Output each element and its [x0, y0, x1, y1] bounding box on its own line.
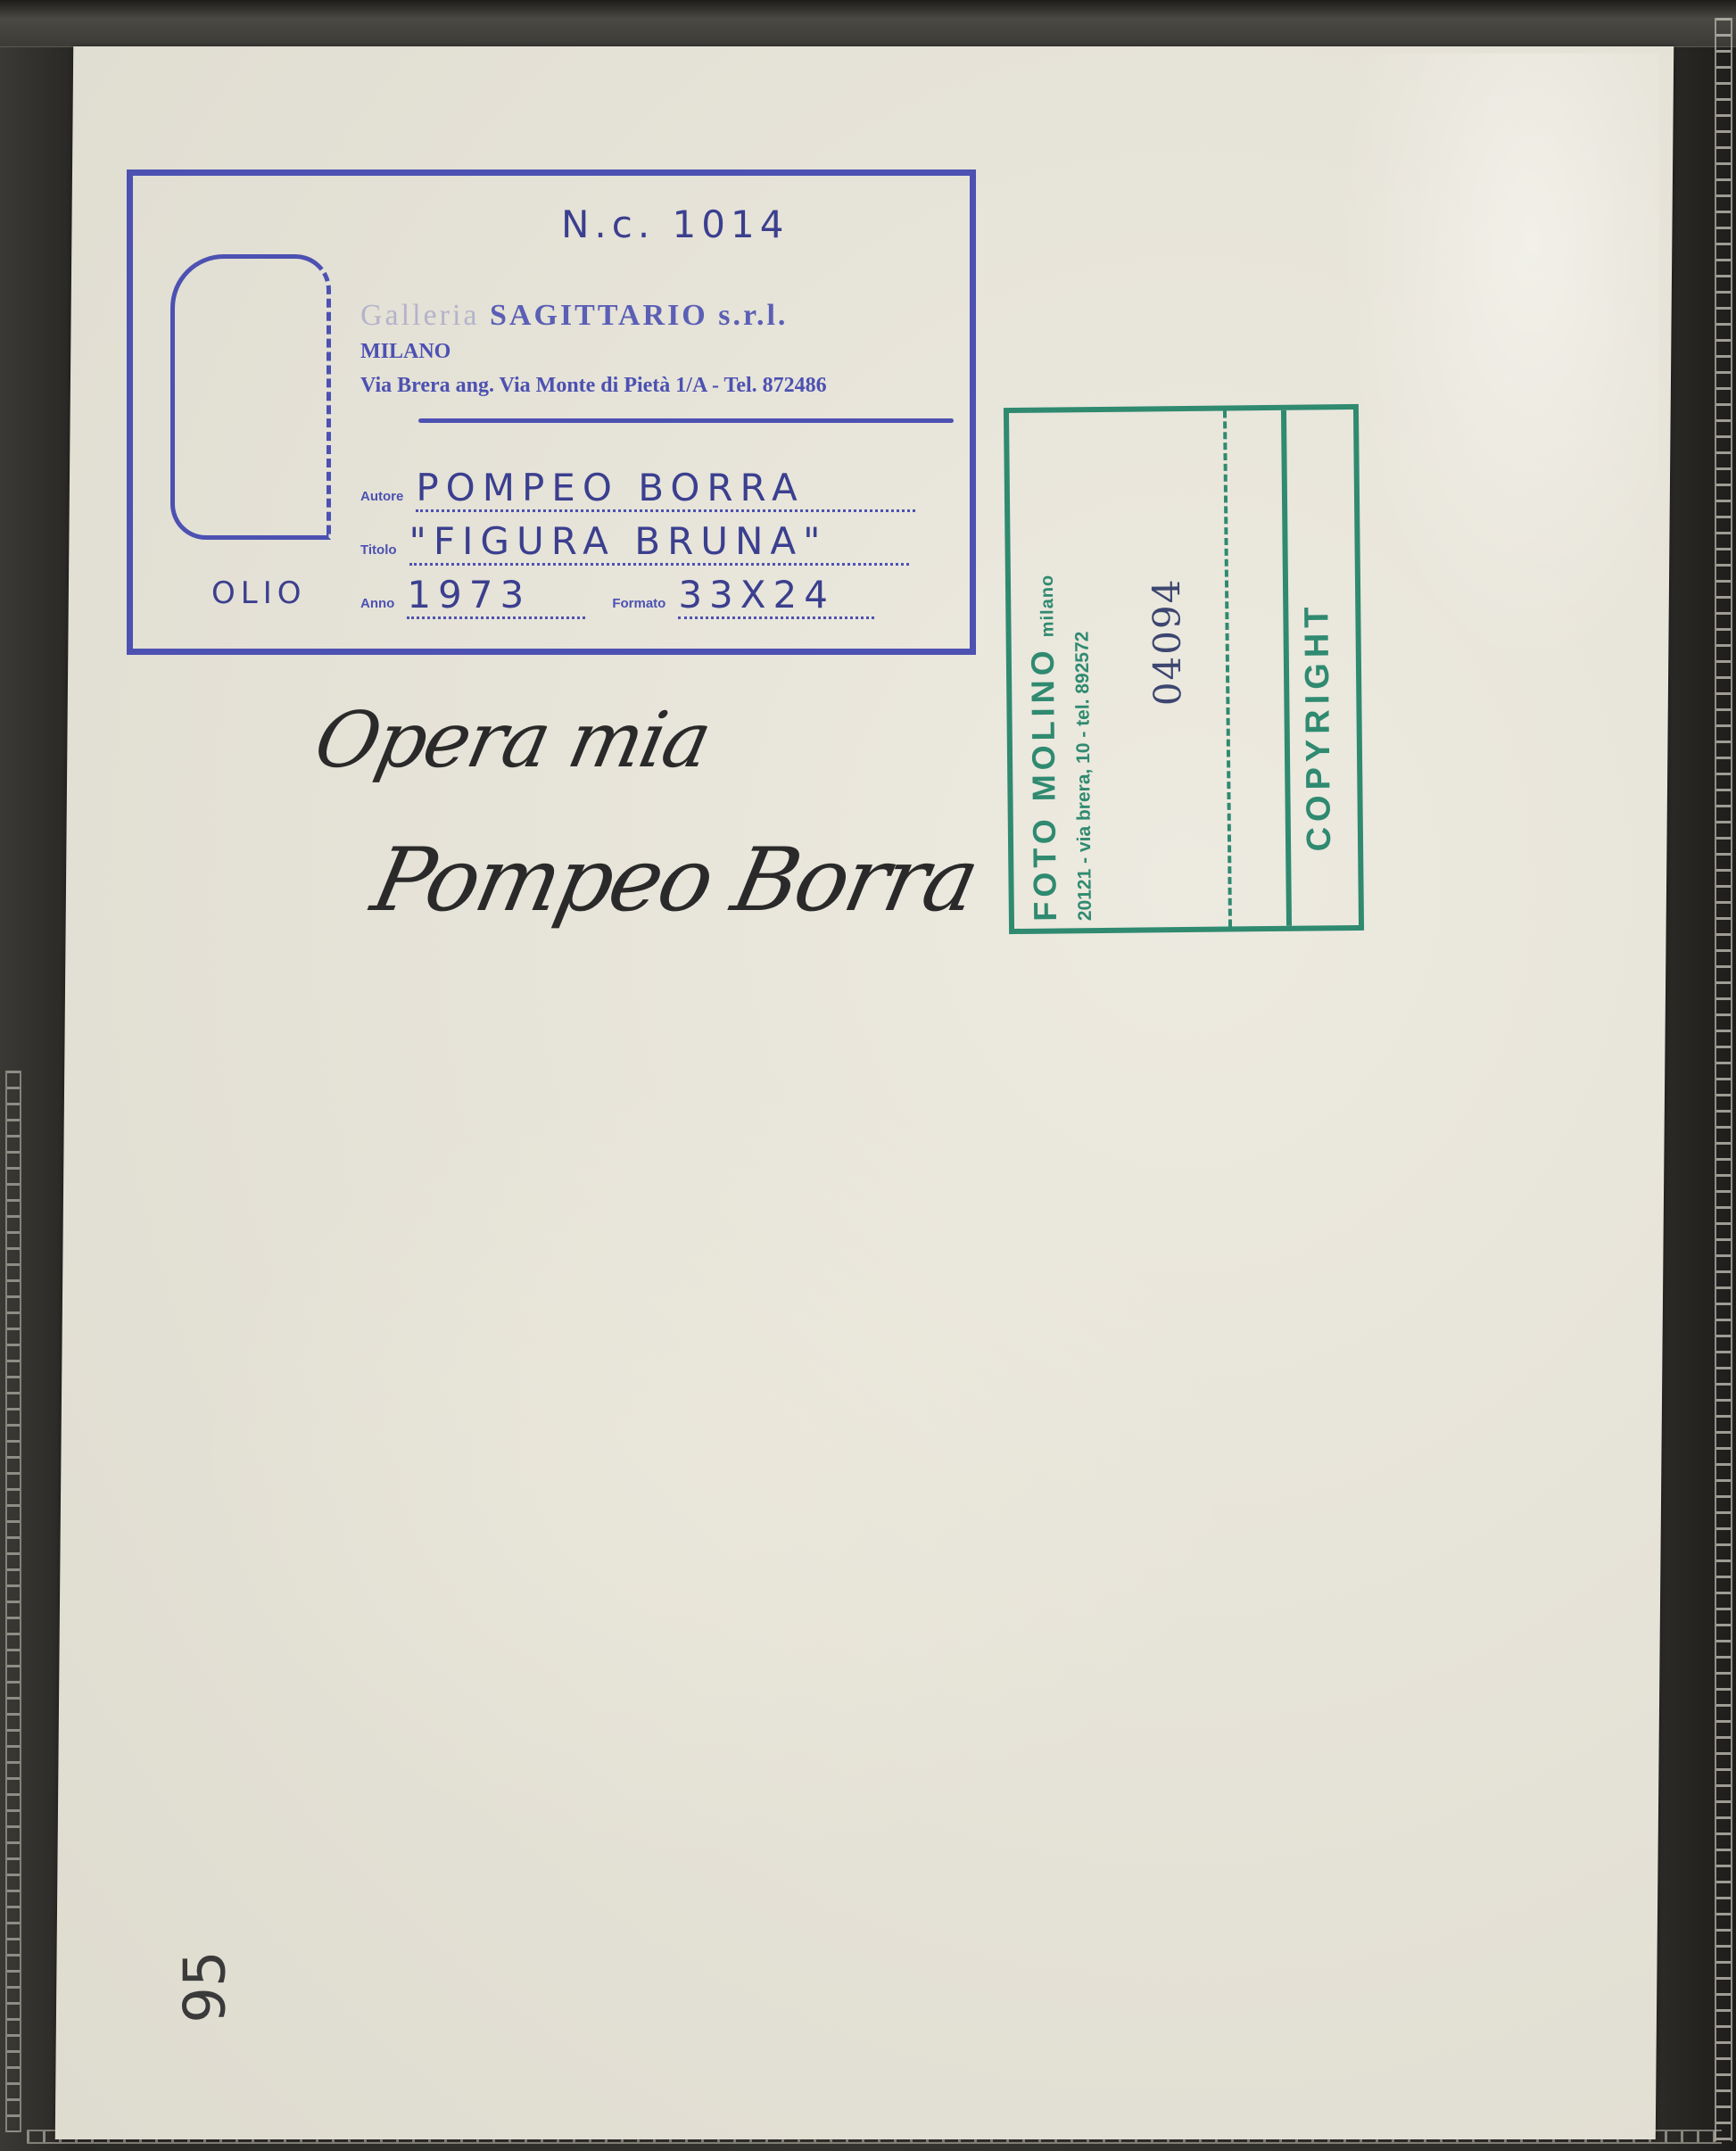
gallery-logo-icon — [170, 254, 331, 540]
handwritten-signature: Pompeo Borra — [364, 830, 985, 931]
gallery-prefix: Galleria — [360, 299, 480, 332]
copyright-label: COPYRIGHT — [1298, 601, 1339, 851]
field-label: Titolo — [360, 542, 397, 558]
field-year-format: Anno 1973 Formato 33X24 — [360, 573, 874, 619]
photographer-brand: FOTO MOLINOmilano — [1023, 575, 1064, 922]
field-author: Autore POMPEO BORRA — [360, 466, 915, 512]
handwritten-margin-number: 95 — [173, 1950, 239, 2023]
catalog-number: N.c. 1014 — [561, 203, 789, 246]
gallery-stamp: N.c. 1014 Galleria SAGITTARIO s.r.l. MIL… — [127, 170, 976, 655]
divider — [418, 418, 954, 423]
gallery-city: MILANO — [360, 340, 451, 364]
field-label: Anno — [360, 596, 394, 611]
photographer-address: 20121 - via brera, 10 - tel. 892572 — [1072, 631, 1096, 921]
gallery-address: Via Brera ang. Via Monte di Pietà 1/A - … — [360, 374, 827, 398]
field-value: POMPEO BORRA — [416, 466, 915, 512]
sleeve-top-edge — [0, 0, 1736, 47]
photo-number: 04094 — [1145, 577, 1190, 706]
gallery-suffix: s.r.l. — [718, 299, 788, 332]
gallery-name: Galleria SAGITTARIO s.r.l. — [360, 299, 788, 333]
field-title: Titolo "FIGURA BRUNA" — [360, 519, 909, 566]
field-value: "FIGURA BRUNA" — [409, 519, 909, 566]
brand-city: milano — [1037, 575, 1058, 638]
brand-name: FOTO MOLINO — [1024, 646, 1063, 922]
field-value: 33X24 — [678, 573, 874, 619]
medium: OLIO — [211, 575, 307, 611]
field-label: Formato — [612, 596, 665, 611]
sleeve-perforated-edge-right — [1715, 18, 1732, 2141]
field-value: 1973 — [407, 573, 585, 619]
field-label: Autore — [360, 489, 403, 504]
handwritten-note: Opera mia — [307, 696, 717, 785]
sleeve-perforated-edge-left — [5, 1071, 21, 2132]
photographer-stamp: FOTO MOLINOmilano 20121 - via brera, 10 … — [1004, 404, 1364, 934]
gallery-name-text: SAGITTARIO — [490, 299, 708, 332]
